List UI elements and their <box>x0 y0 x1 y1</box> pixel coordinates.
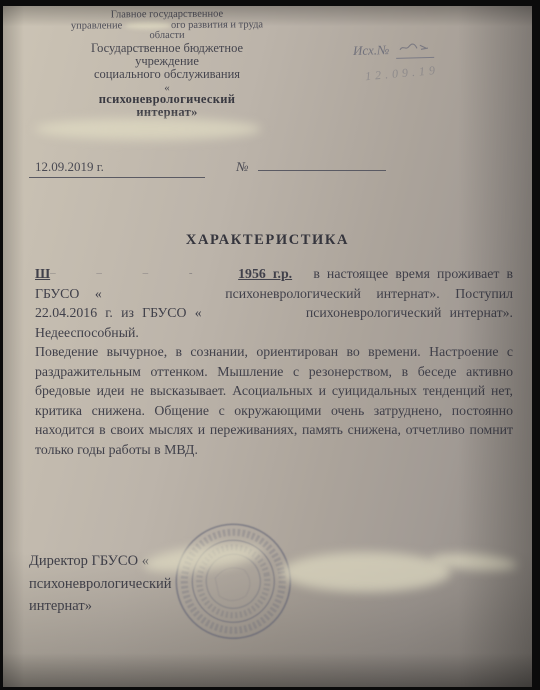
seal-icon <box>156 502 313 662</box>
document-title: ХАРАКТЕРИСТИКА <box>3 232 532 249</box>
date-number-line: 12.09.2019 г. № <box>29 156 386 178</box>
paragraph-2: Поведение вычурное, в сознании, ориентир… <box>35 342 513 459</box>
redacted-facility-gap-2 <box>202 309 298 317</box>
outgoing-number-scribble <box>395 41 433 59</box>
org-line3: социального обслуживания <box>21 68 313 81</box>
paragraph-1: Ш– – – -1956 г.р. в настоящее время прож… <box>35 264 513 342</box>
outgoing-label: Исх.№ <box>353 42 390 58</box>
document-photo: Главное государственное управление ого р… <box>0 0 540 690</box>
document-body: Ш– – – -1956 г.р. в настоящее время прож… <box>35 264 513 459</box>
handwritten-date: 12.09.19 <box>364 63 439 84</box>
number-label: № <box>236 159 248 175</box>
outgoing-number: Исх.№ <box>353 41 434 60</box>
scribble-icon <box>397 41 431 54</box>
signature-line3: интернат» <box>29 595 172 618</box>
redaction-smudge-stamp-right <box>281 552 451 592</box>
organization-header: Государственное бюджетное учреждение соц… <box>21 42 313 119</box>
birth-year: 1956 г.р. <box>238 266 292 281</box>
redaction-smudge-header <box>35 118 261 140</box>
round-seal-stamp <box>156 502 314 667</box>
redacted-name-gap: – – – - <box>50 264 238 272</box>
number-blank-line <box>258 156 386 171</box>
document-date: 12.09.2019 г. <box>29 159 205 178</box>
redaction-smudge-authority <box>125 22 171 29</box>
org-name-line2: интернат» <box>21 106 313 119</box>
signature-line2: психоневрологический <box>29 573 172 596</box>
document-page: Главное государственное управление ого р… <box>3 6 532 687</box>
authority-header: Главное государственное управление ого р… <box>21 9 313 43</box>
redacted-facility-gap-1 <box>102 290 210 298</box>
redacted-surname-initial: Ш <box>35 266 50 281</box>
